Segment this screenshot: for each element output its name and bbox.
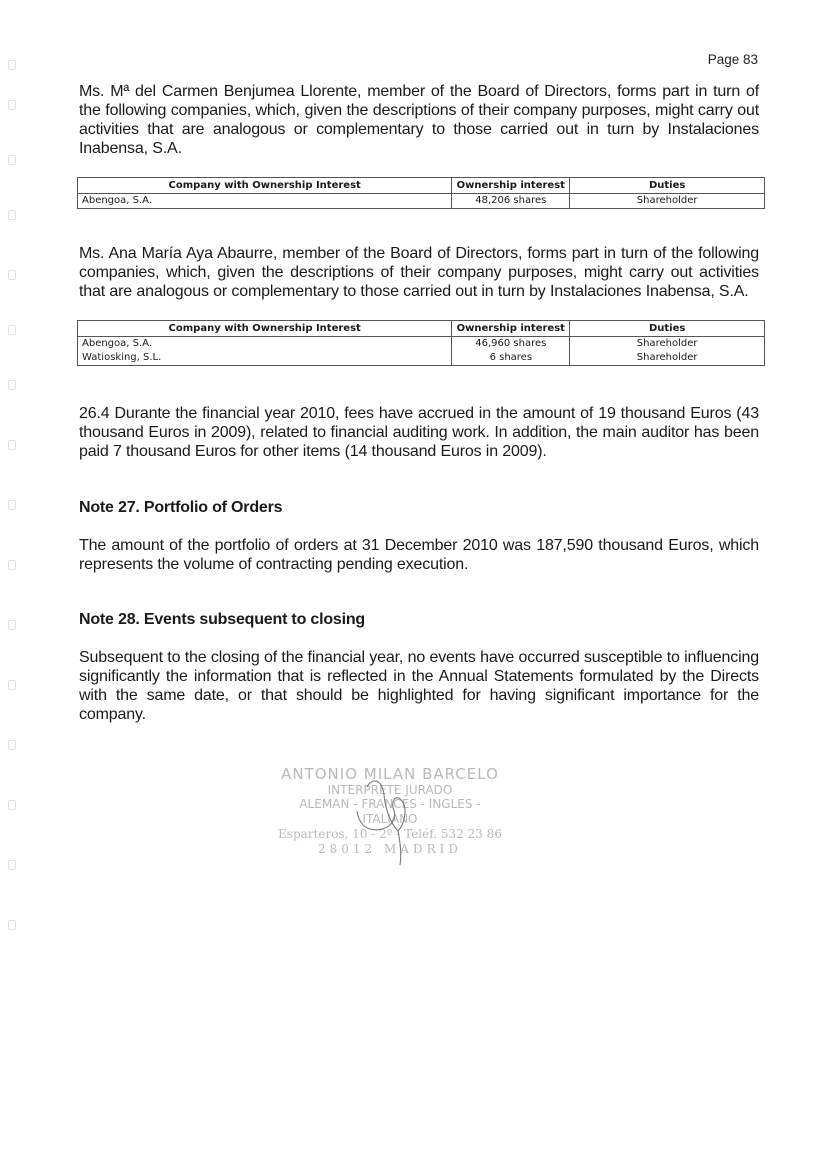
aya-ownership-table: Company with Ownership Interest Ownershi…: [77, 320, 765, 366]
note-28-heading: Note 28. Events subsequent to closing: [79, 610, 759, 629]
benjumea-ownership-table: Company with Ownership Interest Ownershi…: [77, 177, 765, 209]
cell-company: Abengoa, S.A.: [78, 337, 452, 352]
header-duties: Duties: [570, 178, 765, 194]
cell-duties: Shareholder: [570, 337, 765, 352]
cell-ownership: 48,206 shares: [452, 194, 570, 209]
cell-company: Abengoa, S.A.: [78, 194, 452, 209]
header-company: Company with Ownership Interest: [78, 178, 452, 194]
table-header-row: Company with Ownership Interest Ownershi…: [78, 321, 765, 337]
note-28-paragraph: Subsequent to the closing of the financi…: [79, 648, 759, 724]
aya-paragraph: Ms. Ana María Aya Abaurre, member of the…: [79, 244, 759, 301]
translator-stamp: ANTONIO MILAN BARCELO INTERPRETE JURADO …: [270, 765, 510, 865]
note-27-paragraph: The amount of the portfolio of orders at…: [79, 536, 759, 574]
cell-duties: Shareholder: [570, 351, 765, 366]
header-ownership: Ownership interest: [452, 178, 570, 194]
note-27-heading: Note 27. Portfolio of Orders: [79, 498, 759, 517]
cell-company: Watiosking, S.L.: [78, 351, 452, 366]
table-header-row: Company with Ownership Interest Ownershi…: [78, 178, 765, 194]
table-row: Watiosking, S.L. 6 shares Shareholder: [78, 351, 765, 366]
page-number: Page 83: [708, 52, 758, 67]
header-ownership: Ownership interest: [452, 321, 570, 337]
table-row: Abengoa, S.A. 46,960 shares Shareholder: [78, 337, 765, 352]
signature-icon: [310, 765, 470, 875]
header-company: Company with Ownership Interest: [78, 321, 452, 337]
cell-ownership: 6 shares: [452, 351, 570, 366]
table-row: Abengoa, S.A. 48,206 shares Shareholder: [78, 194, 765, 209]
scan-margin-marks: [8, 60, 20, 960]
cell-ownership: 46,960 shares: [452, 337, 570, 352]
benjumea-paragraph: Ms. Mª del Carmen Benjumea Llorente, mem…: [79, 82, 759, 158]
cell-duties: Shareholder: [570, 194, 765, 209]
header-duties: Duties: [570, 321, 765, 337]
document-body: Ms. Mª del Carmen Benjumea Llorente, mem…: [79, 82, 759, 724]
fees-paragraph: 26.4 Durante the financial year 2010, fe…: [79, 404, 759, 461]
